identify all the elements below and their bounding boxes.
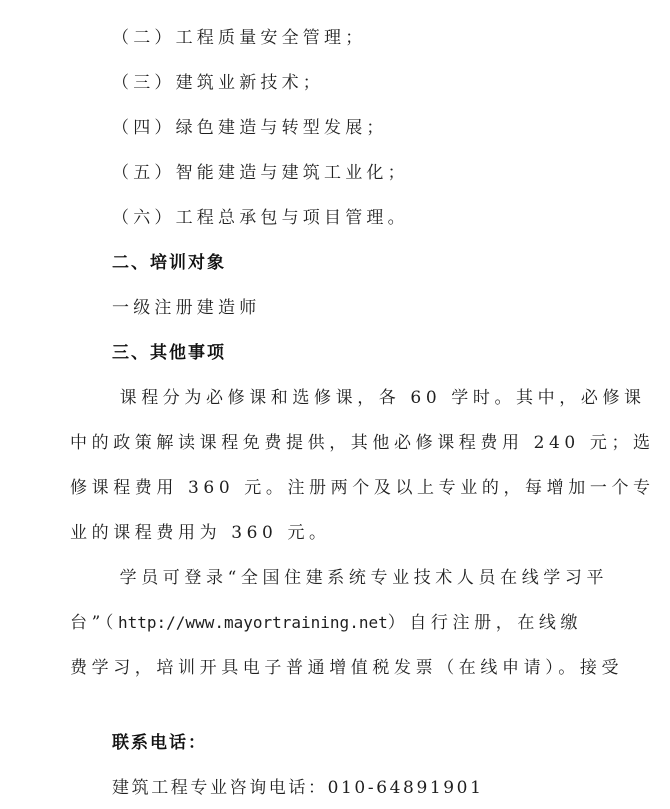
registration-paragraph-line-3: 费学习，培训开具电子普通增值税发票（在线申请）。接受 xyxy=(70,657,623,679)
list-item-5: （五）智能建造与建筑工业化； xyxy=(112,162,409,184)
section-heading-training-target: 二、培训对象 xyxy=(112,252,226,274)
list-item-3: （三）建筑业新技术； xyxy=(112,72,324,94)
list-item-4: （四）绿色建造与转型发展； xyxy=(112,117,388,139)
registration-paragraph-line-1: 学员可登录“全国住建系统专业技术人员在线学习平 xyxy=(98,567,608,589)
registration-paragraph-line-2: 台”（http://www.mayortraining.net）自行注册，在线缴 xyxy=(70,612,582,634)
section-heading-other-matters: 三、其他事项 xyxy=(112,342,226,364)
training-platform-link[interactable]: http://www.mayortraining.net xyxy=(118,613,388,632)
contact-heading: 联系电话： xyxy=(112,732,207,754)
training-target-text: 一级注册建造师 xyxy=(112,297,260,319)
course-paragraph-line-2: 中的政策解读课程免费提供，其他必修课程费用 240 元；选 xyxy=(70,432,655,454)
text-fragment: 台”（ xyxy=(70,613,118,633)
list-item-2: （二）工程质量安全管理； xyxy=(112,27,366,49)
course-paragraph-line-4: 业的课程费用为 360 元。 xyxy=(70,522,331,544)
contact-phone-line: 建筑工程专业咨询电话：010-64891901 xyxy=(112,777,484,799)
text-fragment: ）自行注册，在线缴 xyxy=(388,613,582,633)
course-paragraph-line-1: 课程分为必修课和选修课，各 60 学时。其中，必修课 xyxy=(98,387,646,409)
list-item-6: （六）工程总承包与项目管理。 xyxy=(112,207,409,229)
course-paragraph-line-3: 修课程费用 360 元。注册两个及以上专业的，每增加一个专 xyxy=(70,477,655,499)
